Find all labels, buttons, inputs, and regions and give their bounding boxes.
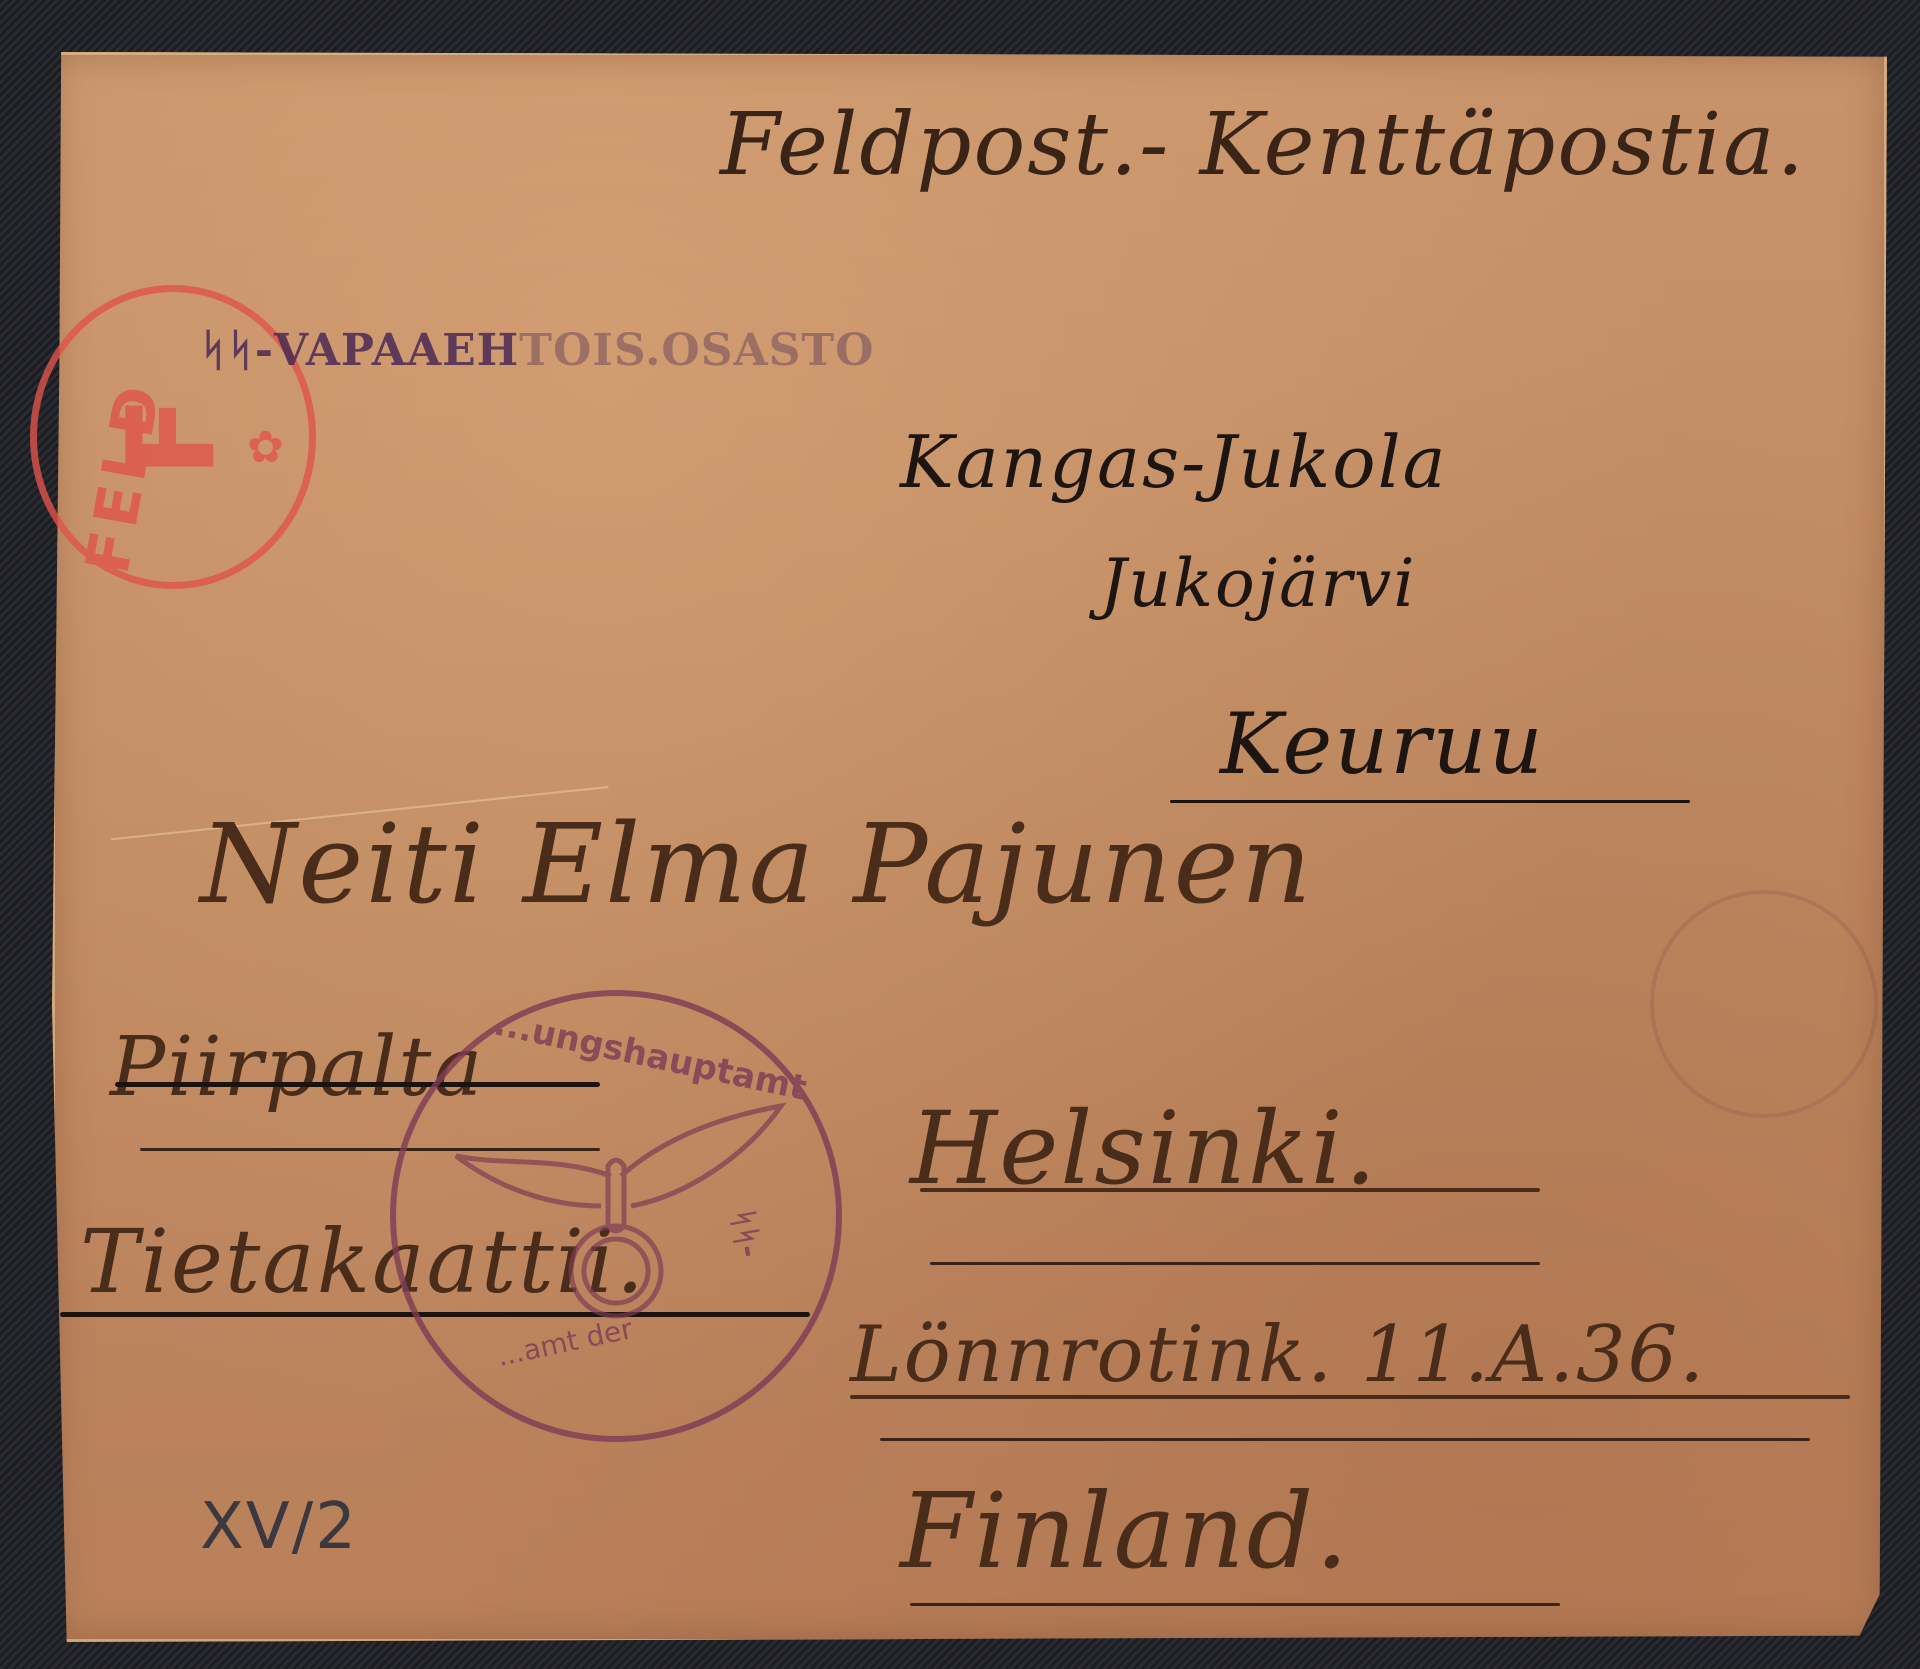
strike-street bbox=[850, 1395, 1850, 1399]
strike-city bbox=[920, 1188, 1540, 1192]
ss-handstamp-faded: TOIS.OSASTO bbox=[519, 325, 874, 376]
ss-handstamp-visible: ᛋᛋ-VAPAAEH bbox=[200, 325, 519, 376]
original-street: Lönnrotink. 11.A.36. bbox=[850, 1310, 1706, 1400]
redirect-line-1: Kangas-Jukola bbox=[900, 420, 1448, 504]
flower-icon: ✿ bbox=[247, 422, 284, 473]
faint-postmark bbox=[1650, 890, 1878, 1118]
redirect-line-2: Jukojärvi bbox=[1100, 545, 1416, 622]
destination-country: Finland. bbox=[900, 1470, 1350, 1592]
redirect-line-3: Keuruu bbox=[1220, 695, 1545, 793]
recipient-name: Neiti Elma Pajunen bbox=[200, 800, 1314, 928]
underline-country bbox=[910, 1603, 1560, 1606]
feldpost-heading: Feldpost.- Kenttäpostia. bbox=[720, 95, 1806, 195]
underline-city bbox=[930, 1262, 1540, 1265]
ss-eagle-office-stamp: ...ungshauptamt ᛋᛋ- ...amt der bbox=[390, 990, 842, 1442]
underline-street bbox=[880, 1438, 1810, 1441]
ss-volunteer-handstamp: ᛋᛋ-VAPAAEHTOIS.OSASTO bbox=[200, 325, 874, 376]
pencil-notation: XV/2 bbox=[200, 1490, 358, 1564]
